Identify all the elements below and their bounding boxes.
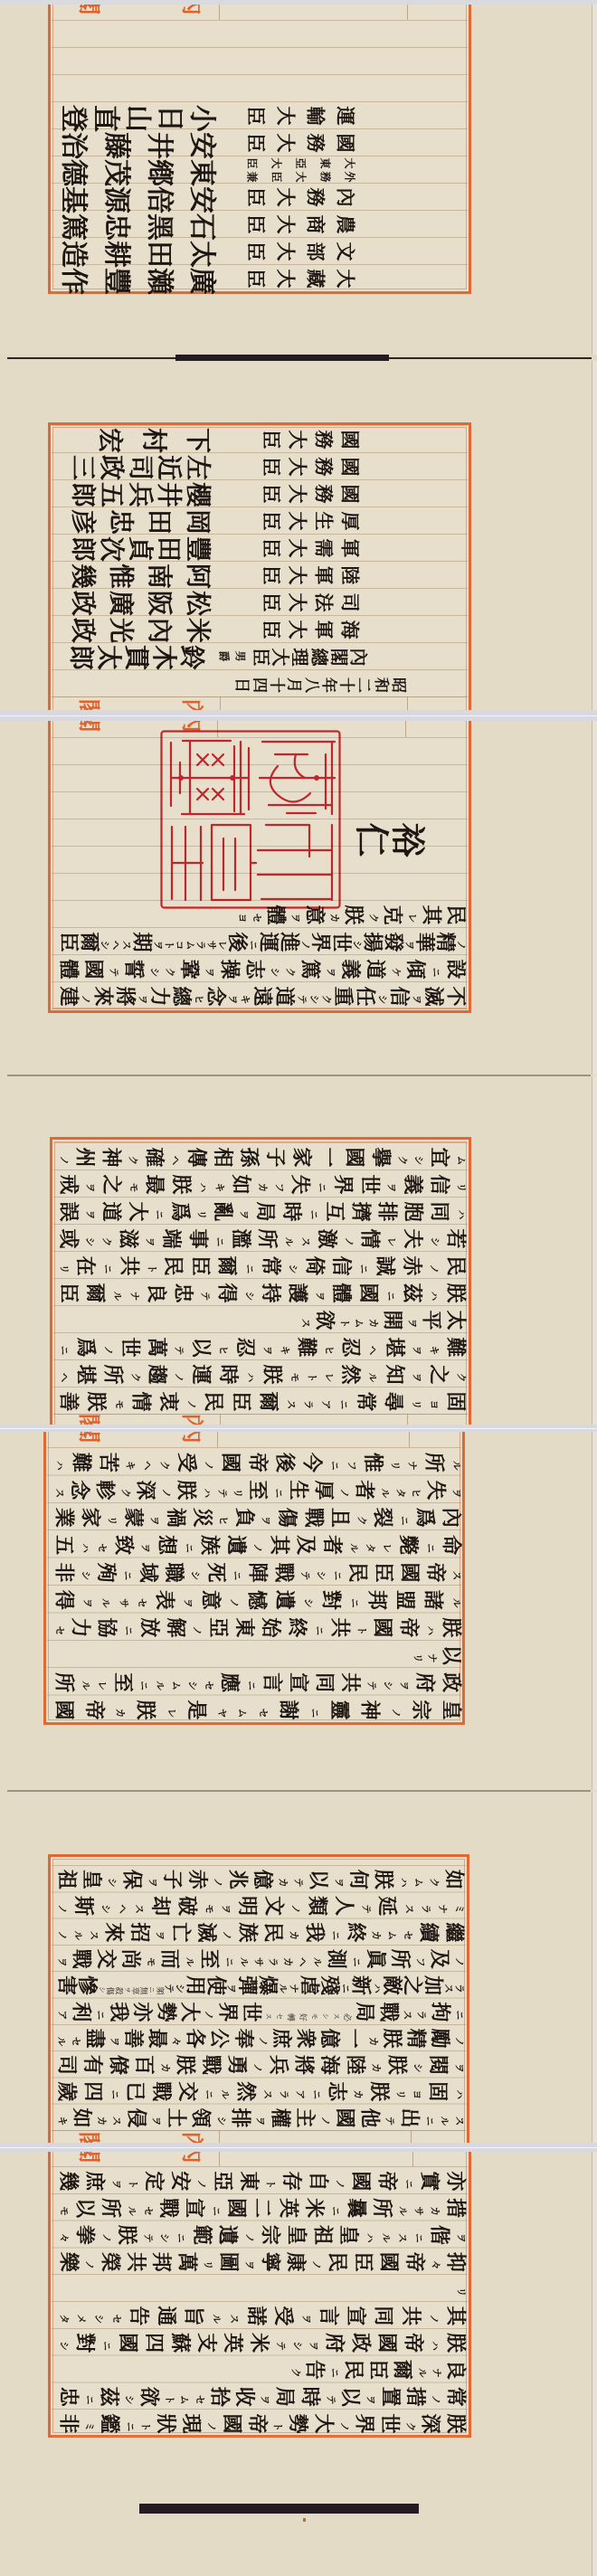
okurigana: ヲ [200, 966, 215, 978]
okurigana: ヲ [147, 2115, 162, 2126]
okurigana: シ [352, 939, 363, 951]
okurigana: ノ [423, 1263, 441, 1274]
okurigana: ニ [209, 1236, 225, 1247]
okurigana: ヲ [80, 1208, 96, 1220]
okurigana: ニ [91, 2009, 105, 2021]
scroll-panel-6: 閣 內 スルニ出テ他國ノ主權ヲ排シ領土ヲ侵スカ如キ ハ固ヨリ朕カ志ニアラス然ルニ… [0, 1792, 597, 2143]
okurigana: ハ [450, 1208, 467, 1220]
okurigana: ノ [80, 2259, 95, 2270]
text-line: ハ固ヨリ朕カ志ニアラス然ルニ交戰已ニ四歲 [58, 2077, 465, 2103]
okurigana: セル [121, 2205, 153, 2217]
okurigana: ハ [424, 2340, 441, 2352]
okurigana: ニ [269, 1487, 284, 1499]
okurigana: ニ [427, 966, 442, 978]
minister-title: 文部大臣 [247, 237, 355, 264]
okurigana: ヲ [135, 1542, 151, 1554]
okurigana: ノ [450, 2035, 465, 2047]
text-line: ヲ閱シ朕カ陸海將兵ノ勇戰朕カ百僚有司 [58, 2050, 465, 2077]
minister-title-line: 外務大臣兼 [247, 169, 355, 183]
okurigana: カ [326, 912, 340, 923]
text-line: ル諸盟邦ニ對シ遺憾ノ意ヲ表セサルヲ得 [55, 1585, 462, 1612]
okurigana: ルニ [198, 2088, 231, 2100]
okurigana: ミナラス [398, 1903, 465, 1915]
okurigana: ヲ [450, 2231, 467, 2243]
okurigana: セヨ [233, 912, 262, 923]
minister-name: 東鄕茂德 [62, 156, 217, 183]
okurigana: フ [411, 1956, 425, 1967]
okurigana: テ [355, 1903, 371, 1915]
okurigana: ニ [352, 1263, 369, 1274]
okurigana: レ [381, 1236, 397, 1247]
okurigana: ヲ [255, 1514, 271, 1526]
okurigana: ル [445, 1459, 462, 1471]
okurigana: ニ [311, 1181, 327, 1193]
text-line: ノ精華ヲ發揚シ世界ノ進運ニ後レサラムコトヲ期スヘシ爾臣 [60, 927, 467, 954]
okurigana: ノ [80, 993, 91, 1005]
okurigana: リ [198, 2259, 213, 2270]
okurigana: ニ [248, 939, 259, 951]
margin-tick [219, 2130, 220, 2143]
okurigana: ラス [400, 2009, 428, 2021]
okurigana: ク [365, 912, 379, 923]
okurigana: ノ [335, 1487, 350, 1499]
sheet-gap [0, 1425, 597, 1432]
minister-name: 岡田忠彦 [71, 507, 212, 534]
text-line: ノ及フ所眞ニ測ルヘカラサルニ至ル而モ尚交戰ヲ [58, 1945, 465, 1971]
okurigana: ナリ [384, 1459, 418, 1471]
text-line: ス帝國臣民ニシテ戰陣ニ死シ職域ニ殉シ非 [55, 1558, 462, 1585]
okurigana: シ [408, 2061, 423, 2073]
signatory-row: 文部大臣 太田耕造 [60, 237, 467, 264]
signatory-block: 昭和二十年八月十四日 內閣總理大臣 男爵 鈴木貫太郎 海軍大臣 米內光政 司法大… [60, 425, 467, 696]
scroll-panel-3: 閣 內 不滅ヲ信シ任重クシテ道遠キヲ念ヒ總力ヲ將來ノ建 設ニ傾ケ道義ヲ篤クシ志操… [0, 721, 597, 1075]
okurigana: シク [392, 1154, 424, 1166]
okurigana: シ [281, 1263, 298, 1274]
text-line: 固ヨリ尋常ニアラス爾臣民ノ衷情モ朕善 [60, 1387, 467, 1414]
okurigana: ニ [118, 1624, 134, 1636]
okurigana: ル [362, 1371, 379, 1383]
text-line: スルニ出テ他國ノ主權ヲ排シ領土ヲ侵スカ如キ [58, 2104, 465, 2130]
okurigana: ヲ [403, 1317, 418, 1329]
minister-name: 米內光政 [71, 615, 212, 642]
okurigana: トヲ [106, 2178, 138, 2190]
okurigana: ニ [419, 1542, 435, 1554]
okurigana: カサル [393, 2205, 441, 2217]
text-line: 措カサル所曩ニ米英二國ニ宣戰セル所以モ [60, 2193, 467, 2221]
rescript-date: 昭和二十年八月十四日 [235, 669, 407, 696]
okurigana: セサルヲ [75, 1596, 147, 1608]
line-text: ニ拘ラス戰局 [352, 1999, 465, 2022]
text-line: リ [60, 2274, 467, 2301]
text-line: ム宜シク擧國一家子孫相傳ヘ確ク神州ノ [60, 1142, 467, 1170]
okurigana: キヲ [405, 1344, 440, 1356]
okurigana: ノ [197, 1459, 214, 1471]
text-line: 朕ハ茲ニ國體ヲ護持シ得テ忠良ナル爾臣 [60, 1278, 467, 1305]
margin-tick [405, 721, 406, 737]
fold-mark-char: 閣 [77, 698, 100, 710]
minister-name: 豐田貞次郎 [71, 534, 212, 561]
okurigana: シ [296, 1596, 314, 1608]
okurigana: フカ [251, 1181, 285, 1193]
sheet-gap [0, 2143, 597, 2152]
text-line: 繼續セムカ終ニ我カ民族ノ滅亡ヲ招來スルノ [58, 1918, 465, 1945]
paper-edge-margin [592, 2152, 597, 2576]
okurigana: スヘシ [100, 939, 132, 951]
okurigana: ハ [423, 1290, 441, 1302]
minister-name: 下村宏 [99, 425, 212, 452]
signatory-block: 大藏大臣 廣瀨豐作 文部大臣 太田耕造 農商大臣 石黑忠篤 內務大臣 安倍源基 … [60, 101, 467, 291]
minister-title: 國務大臣 [262, 479, 360, 507]
okurigana: ニシテ [295, 1569, 343, 1581]
okurigana: ク [351, 1514, 367, 1526]
okurigana: ニシテ [138, 2231, 187, 2243]
minister-title: 內務大臣 [247, 183, 355, 210]
okurigana: ク [450, 1371, 467, 1383]
okurigana: クシテ [295, 993, 331, 1005]
okurigana: レ [403, 912, 418, 923]
okurigana: シ [376, 993, 388, 1005]
okurigana: ノ [307, 2259, 322, 2270]
okurigana: ナル [279, 1983, 299, 1994]
minister-title: 海軍大臣 [262, 615, 360, 642]
okurigana: ニ [341, 1983, 352, 1994]
paper-edge-margin [592, 1076, 597, 1425]
text-line: ル所ナリ惟フニ今後帝國ノ受クヘキ苦難ハ [55, 1447, 462, 1474]
scroll-panel-7: 閣 內 朕深ク世界ノ大勢ト帝國ノ現狀トニ鑑ミ非 常ノ措置ヲ以テ時局ヲ收拾セムト欲… [0, 2152, 597, 2576]
signatory-row: 軍需大臣 豐田貞次郎 [60, 534, 467, 561]
okurigana: 々 [168, 2035, 183, 2047]
margin-tick [220, 1414, 221, 1425]
fold-mark-char: 閣 [77, 2152, 100, 2164]
okurigana: ヒ [193, 993, 204, 1005]
minister-name: 石黑忠篤 [62, 210, 217, 237]
line-text: 慘害 [58, 1973, 99, 1996]
okurigana: ハ [420, 1624, 436, 1636]
okurigana: スル [278, 1236, 311, 1247]
margin-tick [412, 2152, 413, 2166]
okurigana: ク [124, 1371, 141, 1383]
okurigana: ヲ [80, 1181, 96, 1193]
okurigana: ト [140, 1263, 157, 1274]
text-line: 朕ハ帝國政府ヲシテ米英支蘇四國ニ對シ [60, 2328, 467, 2355]
okurigana: ニ [451, 2009, 465, 2021]
okurigana: ハ [239, 1371, 256, 1383]
okurigana: ノ [285, 1903, 301, 1915]
text-line: 以ナリ [55, 1640, 462, 1667]
okurigana: モ [123, 1181, 139, 1193]
line-text: ラス加之敵ハ新ニ殘虐ナル爆彈ヲ使用シテ [165, 1973, 465, 1996]
okurigana: セル [58, 2035, 82, 2047]
okurigana: ノ [186, 1624, 203, 1636]
okurigana: テ [321, 2393, 336, 2405]
minister-name: 小日山直登 [62, 101, 217, 128]
text-line: 政府ヲシテ共同宣言ニ應セシムルニ至レル所 [55, 1667, 462, 1694]
okurigana: ニアラス [257, 2088, 322, 2100]
okurigana: ノ [96, 2231, 112, 2243]
okurigana: ニ [80, 2393, 95, 2405]
scroll-panel-4: 閣 內 固ヨリ尋常ニアラス爾臣民ノ衷情モ朕善 ク之ヲ知ル然レトモ朕ハ時運ノ趨ク所… [0, 1076, 597, 1425]
paper-edge-margin [592, 1792, 597, 2143]
minister-title: 大藏大臣 [247, 264, 355, 291]
okurigana: ヲ [287, 912, 301, 923]
okurigana: ニ [303, 1208, 319, 1220]
okurigana: ト [260, 2178, 276, 2190]
okurigana: シテ [165, 1983, 185, 1994]
okurigana: ヒ [317, 1344, 335, 1356]
okurigana: ニ [326, 1929, 341, 1941]
okurigana: ノ [202, 2420, 217, 2432]
date-row: 昭和二十年八月十四日 [60, 669, 467, 696]
okurigana: ヒ [212, 1344, 229, 1356]
okurigana: ク [116, 1487, 131, 1499]
signatory-row: 海軍大臣 米內光政 [60, 615, 467, 642]
text-line: 如クムハ朕何ヲ以テカ億兆ノ赤子ヲ保シ皇祖 [58, 1865, 465, 1891]
minister-name: 安井藤治 [62, 128, 217, 156]
okurigana: セシムルニ [134, 1680, 214, 1691]
okurigana: ヨリ [390, 2088, 422, 2100]
inserted-correction: 頻ニ無辜ヲ殺傷シ [99, 1985, 165, 1994]
okurigana: ヲ [321, 966, 336, 978]
signatory-row: 內閣總理大臣 男爵 鈴木貫太郎 [60, 642, 467, 669]
okurigana: ア [58, 2009, 68, 2021]
minister-name: 櫻井兵五郎 [71, 479, 212, 507]
fold-mark-char: 內 [180, 2152, 204, 2164]
okurigana: ヲ [150, 1929, 166, 1941]
okurigana: ニ [96, 2340, 112, 2352]
okurigana: ヲ [58, 1956, 68, 1967]
okurigana: ヲ [411, 993, 422, 1005]
okurigana: ノ [254, 2035, 269, 2047]
okurigana: ヲ [139, 1236, 156, 1247]
signatory-row: 國務大臣 下村宏 [60, 425, 467, 452]
okurigana: ナル [413, 2366, 442, 2378]
text-line: 良ナル爾臣民ニ告ク [60, 2355, 467, 2382]
text-line: 皇宗ノ神靈ニ謝セムヤ是レ朕カ帝國 [55, 1695, 462, 1722]
minister-title: 厚生大臣 [262, 507, 360, 534]
okurigana: ニ [398, 2178, 414, 2190]
okurigana: ノ [247, 1542, 263, 1554]
okurigana: ヨリ [404, 1398, 440, 1410]
okurigana: カ [366, 2061, 382, 2073]
okurigana: ニ [347, 1956, 362, 1967]
okurigana: ヲ [308, 1290, 326, 1302]
okurigana: ハ [449, 2088, 465, 2100]
fold-mark-char: 閣 [77, 1432, 100, 1444]
okurigana: ヲモ [198, 1903, 232, 1915]
okurigana: リ [452, 2286, 467, 2297]
minister-title: 軍需大臣 [262, 534, 360, 561]
text-line: 朕深ク世界ノ大勢ト帝國ノ現狀トニ鑑ミ非 [60, 2409, 467, 2436]
okurigana: トニ [120, 2420, 151, 2432]
line-text: 世界ノ大勢亦我ニ利ア [58, 1999, 262, 2022]
okurigana: ヲ [405, 1371, 422, 1383]
sheet-gap [0, 710, 597, 721]
fold-mark-char: 閣 [77, 721, 100, 733]
okurigana: シ [75, 1569, 91, 1581]
okurigana: モ [60, 2205, 70, 2217]
minister-name: 廣瀨豐作 [62, 264, 217, 291]
okurigana: モ [141, 1956, 156, 1967]
text-line: ク之ヲ知ル然レトモ朕ハ時運ノ趨ク所堪ヘ [60, 1359, 467, 1387]
okurigana: ニ [60, 1344, 70, 1356]
binding-mark [303, 2518, 306, 2522]
okurigana: ニ [104, 2088, 120, 2100]
okurigana: カ [284, 1929, 299, 1941]
minister-title: 農商大臣 [247, 210, 355, 237]
okurigana: ニ [205, 2205, 222, 2217]
minister-title: 內閣總理大臣 [252, 642, 368, 669]
okurigana: スカ [92, 2115, 122, 2126]
okurigana: ノ [239, 2231, 255, 2243]
okurigana: レトモ [283, 1371, 335, 1383]
margin-tick [409, 1432, 410, 1447]
okurigana: ヘ [165, 1154, 181, 1166]
signatory-row: 內務大臣 安倍源基 [60, 183, 467, 210]
okurigana: ヲ [450, 2061, 465, 2073]
fold-mark-char: 閣 [77, 2131, 100, 2143]
okurigana: ルヘカラサルニ [220, 1956, 322, 1967]
okurigana: キヲ [227, 993, 251, 1005]
okurigana: フニ [323, 1459, 357, 1471]
text-line: 抑々帝國臣民ノ康寧ヲ圖リ萬邦共榮ノ樂 [60, 2247, 467, 2274]
text-line-with-correction: ラス加之敵ハ新ニ殘虐ナル爆彈ヲ使用シテ頻ニ無辜ヲ殺傷シ慘害 [58, 1971, 465, 1997]
margin-tick [220, 696, 221, 710]
paper-edge-margin [592, 1432, 597, 1790]
okurigana: ハ [372, 1983, 383, 1994]
okurigana: ノ [201, 2009, 214, 2021]
okurigana: ヲ [227, 1983, 238, 1994]
text-line: 民ノ赤誠ニ信倚シ常ニ爾臣民ト共ニ在リ [60, 1251, 467, 1278]
okurigana: ク [122, 1154, 138, 1166]
okurigana: ヘ [362, 1344, 379, 1356]
okurigana: ヲ [447, 1487, 462, 1499]
minister-name: 松阪廣政 [71, 588, 212, 615]
okurigana: スヘシ [94, 1903, 144, 1915]
text-line: 難キヲ堪ヘ忍ヒ難キヲ忍ヒ以テ萬世ノ爲ニ [60, 1332, 467, 1359]
okurigana: リ [450, 1181, 467, 1193]
okurigana: ク [287, 2366, 301, 2378]
okurigana: クシ [266, 966, 296, 978]
okurigana: モ [107, 1398, 124, 1410]
okurigana: ニ [97, 1263, 114, 1274]
okurigana: セシメタ [60, 2313, 122, 2325]
okurigana: カ [155, 2061, 170, 2073]
okurigana: ハ [55, 1459, 65, 1471]
text-line: 亦實ニ帝國ノ自存ト東亞ノ安定トヲ庶幾 [60, 2166, 467, 2193]
okurigana: ノ [300, 939, 311, 951]
margin-tick [407, 696, 408, 710]
okurigana: シ [238, 1290, 255, 1302]
okurigana: ニ [117, 1569, 133, 1581]
okurigana: ヲシテ [362, 1680, 411, 1691]
okurigana: ト [351, 1624, 367, 1636]
okurigana: テ [168, 1344, 185, 1356]
okurigana: ヲ [361, 2393, 376, 2405]
text-line: ヲ失ヒタル者ノ厚生ニ至リテハ朕ノ深ク軫念ス [55, 1474, 462, 1501]
okurigana: ニ [325, 2205, 341, 2217]
okurigana: レ [156, 1707, 177, 1719]
okurigana: ニ [326, 2366, 340, 2378]
okurigana: ル [181, 1956, 195, 1967]
okurigana: ヲ [143, 1876, 158, 1888]
okurigana: スルノ [58, 1929, 99, 1941]
minister-name: 安倍源基 [62, 183, 217, 210]
okurigana: ニ [393, 1514, 410, 1526]
text-line: 內爲ニ裂ク且戰傷ヲ負ヒ災禍ヲ蒙リ家業 [55, 1502, 462, 1529]
okurigana: キハ [192, 1181, 225, 1193]
okurigana: ト [268, 2420, 283, 2432]
minister-title: 陸軍大臣 [262, 561, 360, 588]
okurigana: スルニ [421, 2115, 465, 2126]
okurigana: テカ [274, 1876, 304, 1888]
okurigana: ノ [168, 1371, 185, 1383]
okurigana: ヘ [60, 1371, 70, 1383]
text-line: ヲ偕ニスルハ皇祖皇宗ノ遺範ニシテ朕ノ拳々 [60, 2221, 467, 2248]
minister-title-line: 大東亞大臣 [247, 156, 355, 169]
okurigana: ノ [456, 939, 467, 951]
minister-title: 國務大臣 [262, 425, 360, 452]
signatory-row: 陸軍大臣 阿南惟幾 [60, 561, 467, 588]
minister-name: 太田耕造 [62, 237, 217, 264]
fold-mark-char: 閣 [77, 1413, 100, 1425]
text-line-with-correction: ニ拘ラス戰局必スシモ好轉セス世界ノ大勢亦我ニ利ア [58, 1998, 465, 2024]
paper-edge-margin [592, 721, 597, 1075]
okurigana: セムト [160, 2393, 205, 2405]
okurigana: ヲ [256, 2393, 271, 2405]
fold-mark-char: 內 [180, 698, 204, 710]
okurigana: ノ [179, 1398, 196, 1410]
okurigana: テ [381, 2115, 395, 2126]
margin-tick [217, 1432, 218, 1447]
okurigana: ノ [337, 1236, 354, 1247]
okurigana: ノ [335, 2420, 350, 2432]
okurigana: ヲ [329, 1876, 345, 1888]
text-line: 不滅ヲ信シ任重クシテ道遠キヲ念ヒ總力ヲ將來ノ建 [60, 981, 467, 1009]
fold-mark-char: 內 [180, 1413, 204, 1425]
okurigana: ミ [80, 2420, 95, 2432]
okurigana: スル [204, 2313, 240, 2325]
okurigana: ニ [238, 1263, 255, 1274]
okurigana: セムカ [366, 1929, 413, 1941]
signatory-row: 國務大臣 櫻井兵五郎 [60, 479, 467, 507]
okurigana: ヲシテ [270, 2340, 318, 2352]
okurigana: クムハ [394, 1876, 440, 1888]
text-block: 朕深ク世界ノ大勢ト帝國ノ現狀トニ鑑ミ非 常ノ措置ヲ以テ時局ヲ收拾セムト欲シ茲ニ忠… [60, 2166, 467, 2436]
okurigana: ス [297, 1317, 311, 1329]
okurigana: ノ [450, 1956, 465, 1967]
okurigana: ノ [60, 1154, 70, 1166]
text-block: 皇宗ノ神靈ニ謝セムヤ是レ朕カ帝國 政府ヲシテ共同宣言ニ應セシムルニ至レル所 以ナ… [55, 1447, 462, 1722]
okurigana: ヲ [175, 1596, 194, 1608]
okurigana: ヲ [295, 2313, 312, 2325]
okurigana: シ [103, 1876, 118, 1888]
okurigana: クヘキ [119, 1459, 171, 1471]
minister-name: 左近司政三 [71, 452, 212, 479]
okurigana: ケ [386, 966, 402, 978]
okurigana: スシモ [308, 2012, 340, 2021]
okurigana: キヲ [256, 1344, 290, 1356]
signatory-row: 大藏大臣 廣瀨豐作 [60, 264, 467, 291]
okurigana: ノ [422, 2313, 439, 2325]
inserted-correction: 必スシモ好轉セス [262, 2012, 353, 2021]
gap-highlight [0, 715, 597, 716]
okurigana: シ [185, 1569, 201, 1581]
text-block: スルニ出テ他國ノ主權ヲ排シ領土ヲ侵スカ如キ ハ固ヨリ朕カ志ニアラス然ルニ交戰已ニ… [58, 1865, 465, 2130]
text-block: 固ヨリ尋常ニアラス爾臣民ノ衷情モ朕善 ク之ヲ知ル然レトモ朕ハ時運ノ趨ク所堪ヘ 難… [60, 1142, 467, 1414]
fold-mark-char: 內 [180, 1432, 204, 1444]
okurigana: クシ [80, 1236, 113, 1247]
okurigana: ス [446, 1569, 462, 1581]
